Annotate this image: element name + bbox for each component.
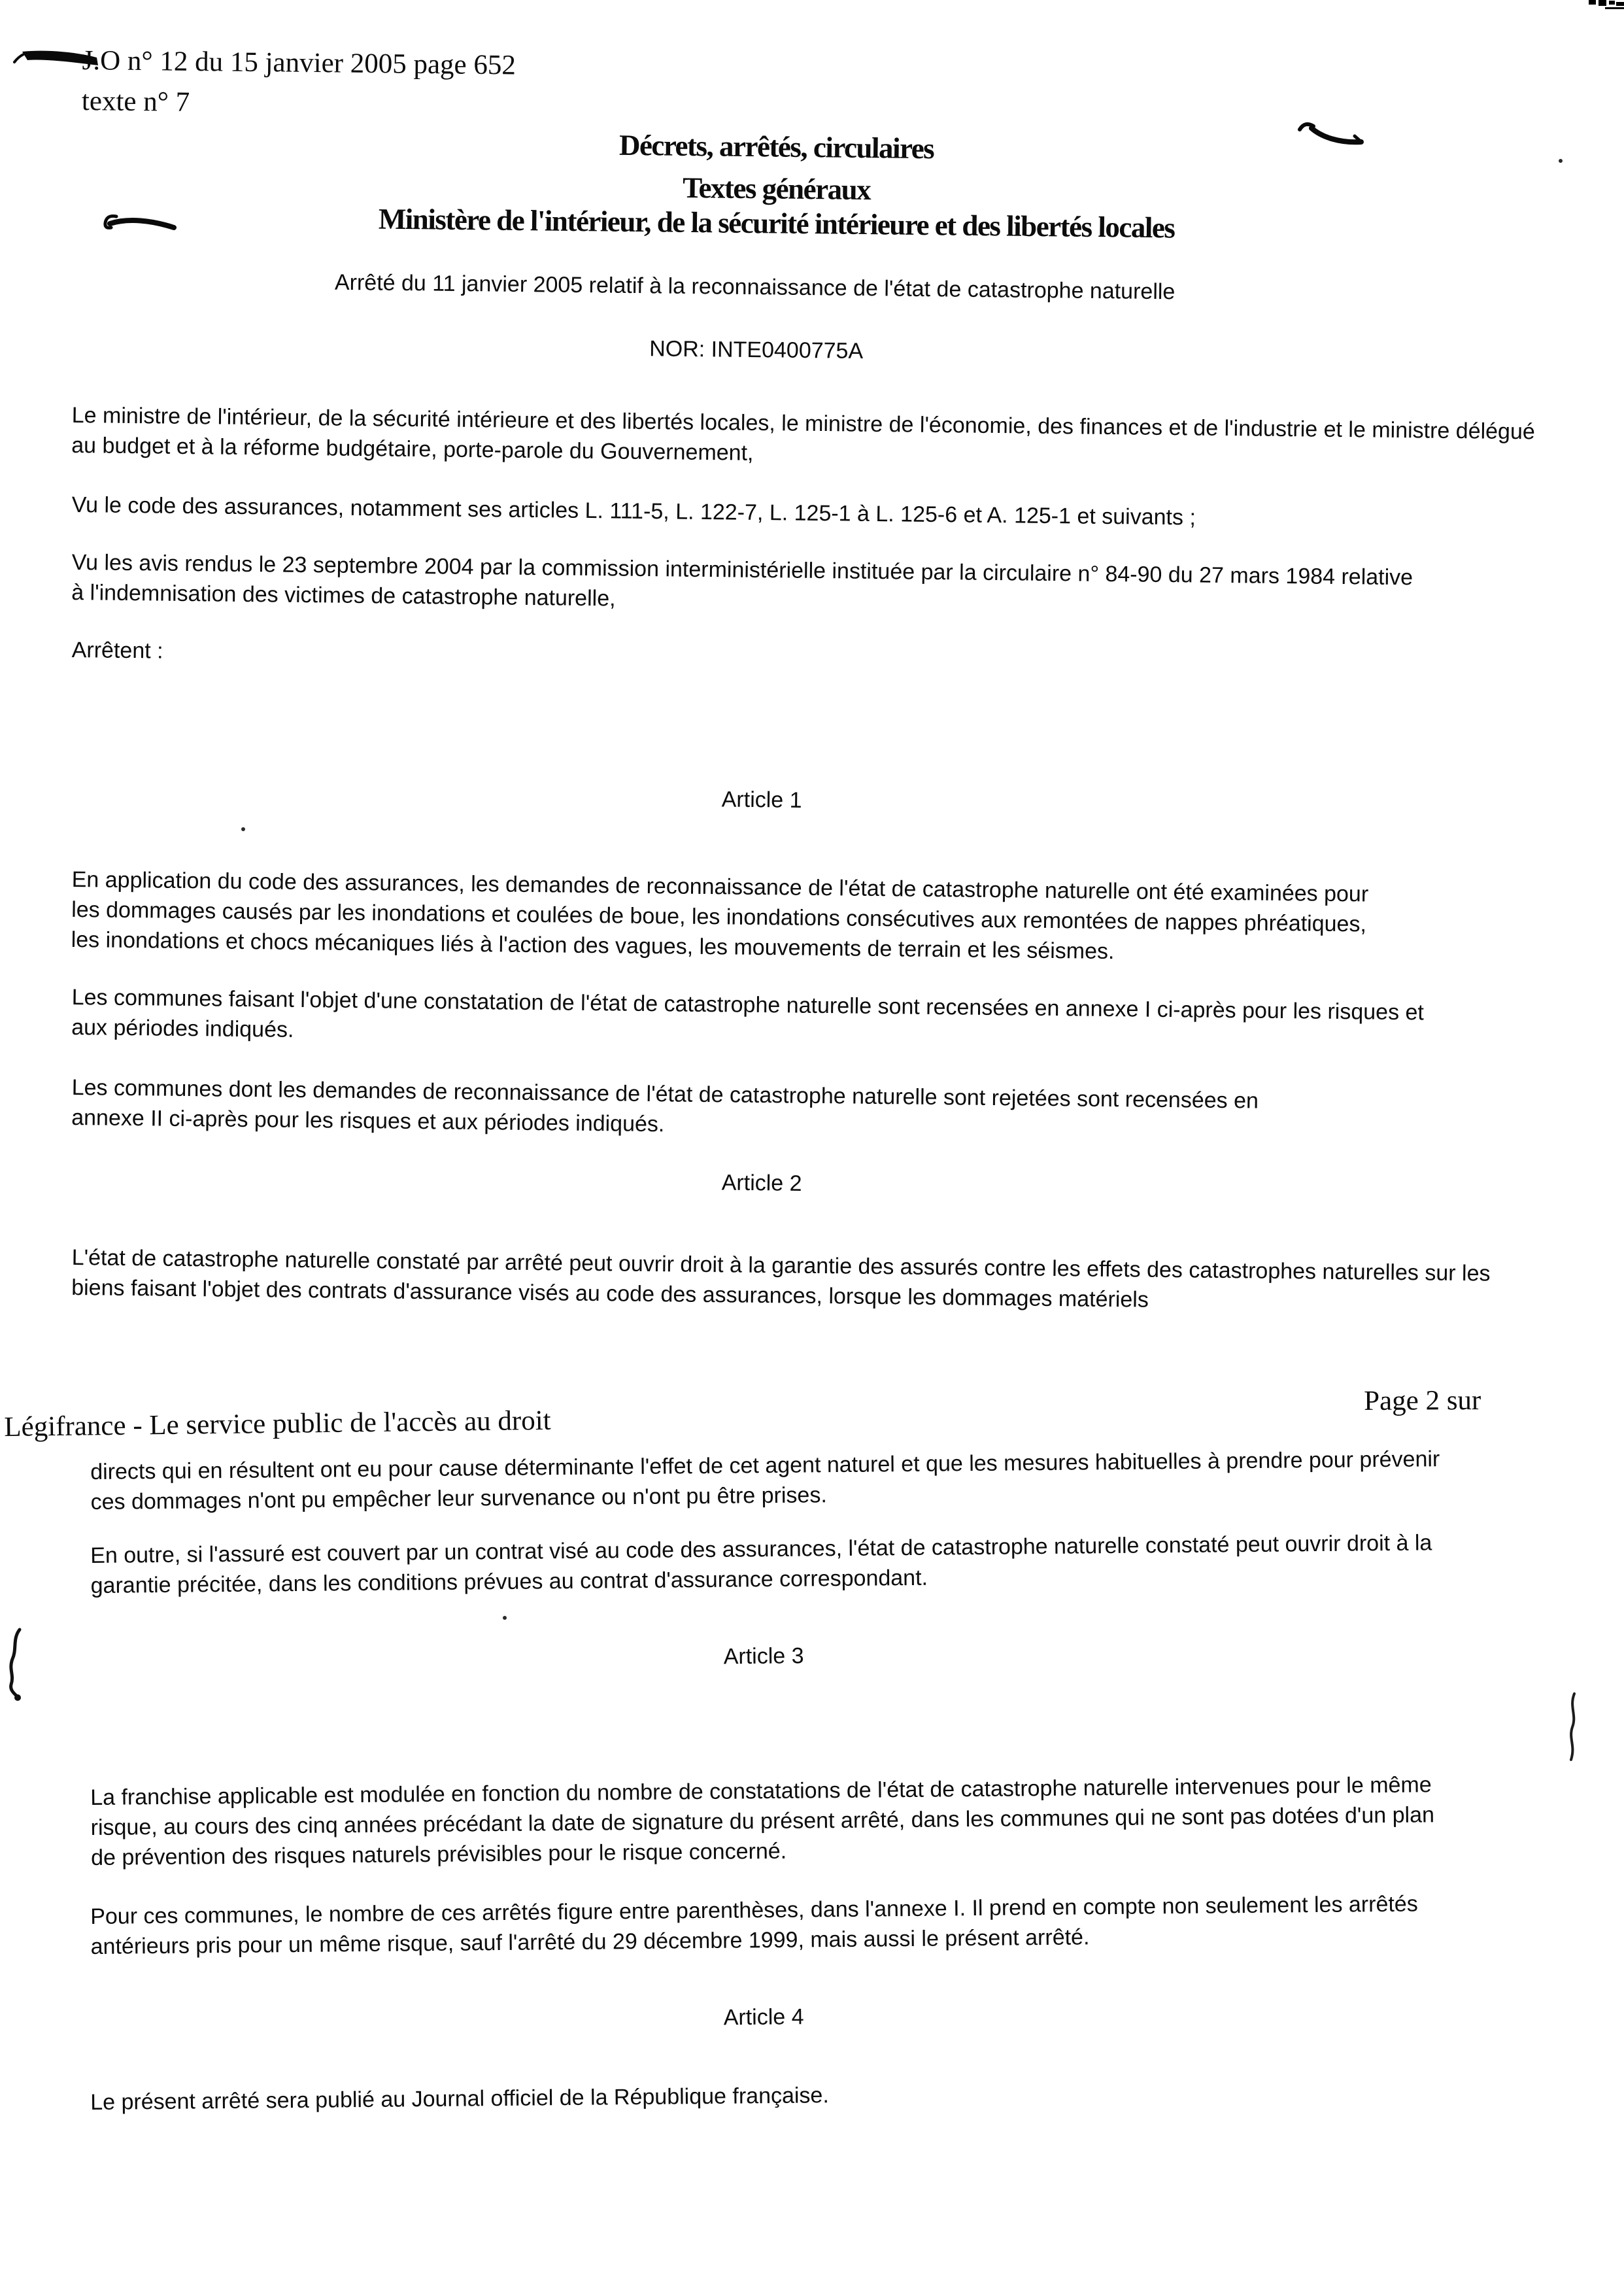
article3-title: Article 3	[64, 1634, 1463, 1678]
scan-speck-icon	[241, 827, 245, 831]
article2-title: Article 2	[57, 1160, 1466, 1206]
nor-number: NOR: INTE0400775A	[57, 327, 1455, 373]
subject-line: Arrêté du 11 janvier 2005 relatif à la r…	[57, 264, 1452, 310]
article1-paragraph1: En application du code des assurances, l…	[71, 865, 1398, 970]
journal-reference-line1: J.O n° 12 du 15 janvier 2005 page 652	[82, 41, 516, 86]
page-number-indicator: Page 2 sur	[1364, 1380, 1481, 1422]
preamble-arretent: Arrêtent :	[71, 635, 163, 666]
article4-title: Article 4	[64, 1995, 1463, 2039]
page2-paragraph2: En outre, si l'assuré est couvert par un…	[90, 1527, 1503, 1601]
page2-paragraph1: directs qui en résultent ont eu pour cau…	[90, 1444, 1447, 1517]
article3-paragraph2: Pour ces communes, le nombre de ces arrê…	[90, 1889, 1444, 1962]
article1-paragraph2: Les communes faisant l'objet d'une const…	[71, 982, 1458, 1058]
scan-corner-artifact-icon	[1589, 0, 1624, 9]
pen-mark-right-margin-icon	[1571, 1694, 1574, 1760]
preamble-vu-avis: Vu les avis rendus le 23 septembre 2004 …	[71, 547, 1419, 623]
scan-speck-icon	[503, 1616, 507, 1620]
journal-reference-line2: texte n° 7	[82, 81, 516, 127]
article1-paragraph3: Les communes dont les demandes de reconn…	[71, 1072, 1334, 1147]
scan-speck-icon	[1559, 159, 1563, 163]
legifrance-footer-title: Légifrance - Le service public de l'accè…	[4, 1401, 551, 1448]
preamble-ministers: Le ministre de l'intérieur, de la sécuri…	[71, 400, 1536, 477]
pen-mark-left-margin-icon	[11, 1630, 21, 1701]
article2-paragraph1: L'état de catastrophe naturelle constaté…	[71, 1242, 1504, 1319]
journal-reference: J.O n° 12 du 15 janvier 2005 page 652 te…	[82, 41, 516, 127]
article4-paragraph1: Le présent arrêté sera publié au Journal…	[90, 2080, 829, 2117]
article1-title: Article 1	[57, 777, 1466, 823]
article3-paragraph1: La franchise applicable est modulée en f…	[90, 1770, 1464, 1873]
masthead-decrets: Décrets, arrêtés, circulaires	[57, 122, 1495, 172]
preamble-vu-code: Vu le code des assurances, notamment ses…	[71, 490, 1196, 533]
